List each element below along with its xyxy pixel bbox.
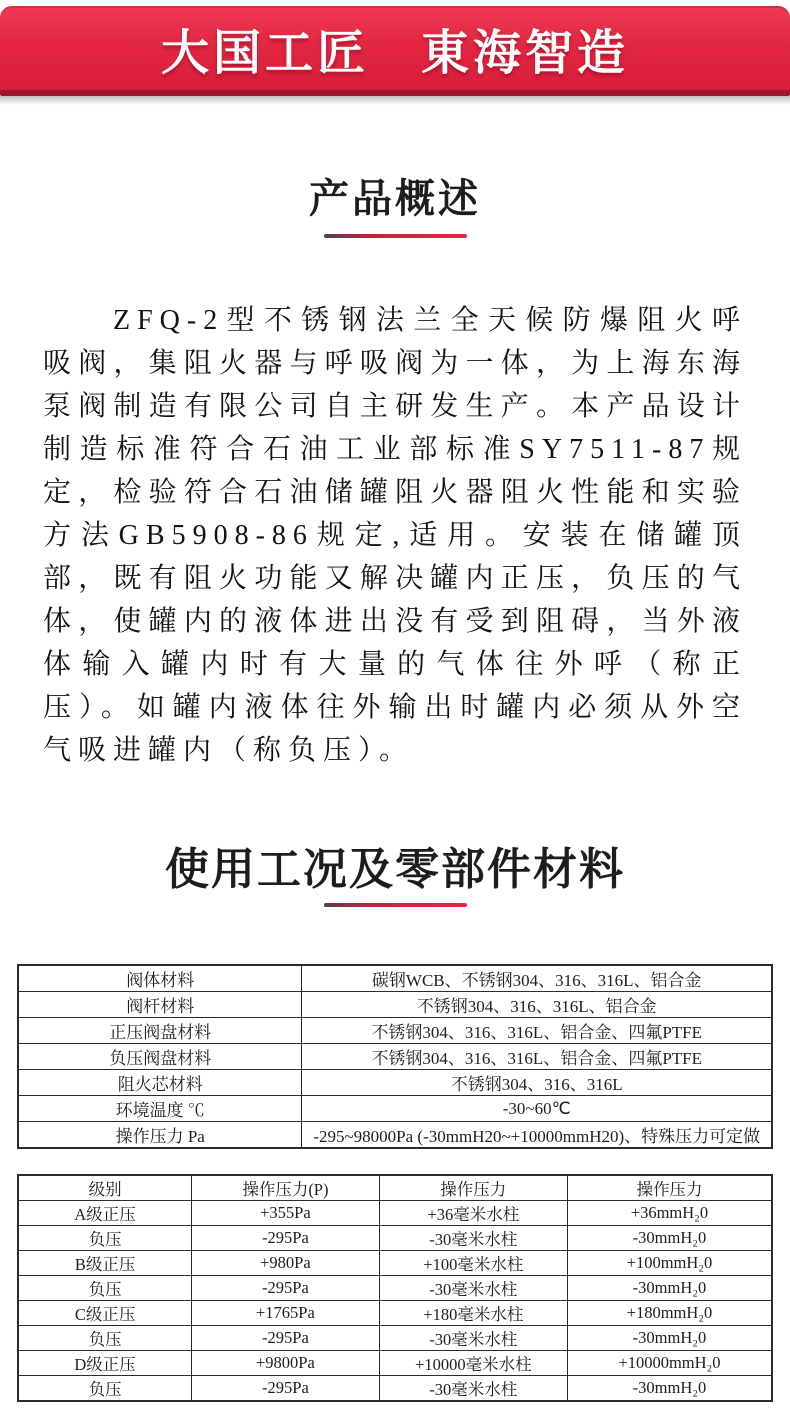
- materials-table: 阀体材料 碳钢WCB、不锈钢304、316、316L、铝合金 阀杆材料 不锈钢3…: [17, 964, 773, 1149]
- pressure-grade-cell: D级正压: [18, 1351, 192, 1376]
- pressure-grade-cell: 负压: [18, 1376, 192, 1402]
- overview-heading: 产品概述: [0, 178, 790, 220]
- pressure-mmh2o-cell: +180mmH₂0: [567, 1301, 772, 1326]
- materials-table-row: 环境温度 ℃ -30~60℃: [18, 1096, 772, 1122]
- materials-table-row: 阀体材料 碳钢WCB、不锈钢304、316、316L、铝合金: [18, 965, 772, 992]
- material-value: 不锈钢304、316、316L、铝合金、四氟PTFE: [302, 1018, 772, 1044]
- material-label: 正压阀盘材料: [18, 1018, 302, 1044]
- pressure-mm-cell: -30毫米水柱: [379, 1226, 567, 1251]
- pressure-mm-cell: +100毫米水柱: [379, 1251, 567, 1276]
- col-header-pressure-mm: 操作压力: [379, 1175, 567, 1201]
- pressure-mmh2o-cell: +10000mmH₂0: [567, 1351, 772, 1376]
- banner-shadow: [0, 96, 790, 105]
- pressure-grade-cell: 负压: [18, 1326, 192, 1351]
- pressure-grade-cell: A级正压: [18, 1201, 192, 1226]
- materials-table-row: 阻火芯材料 不锈钢304、316、316L: [18, 1070, 772, 1096]
- pressure-mm-cell: +10000毫米水柱: [379, 1351, 567, 1376]
- pressure-mmh2o-cell: -30mmH₂0: [567, 1376, 772, 1402]
- pressure-table-row: 负压 -295Pa -30毫米水柱 -30mmH₂0: [18, 1376, 772, 1402]
- pressure-grade-cell: 负压: [18, 1226, 192, 1251]
- materials-table-row: 操作压力 Pa -295~98000Pa (-30mmH20~+10000mmH…: [18, 1122, 772, 1149]
- material-value: -295~98000Pa (-30mmH20~+10000mmH20)、特殊压力…: [302, 1122, 772, 1149]
- material-value: 碳钢WCB、不锈钢304、316、316L、铝合金: [302, 965, 772, 992]
- material-label: 阀杆材料: [18, 992, 302, 1018]
- overview-red-divider: [324, 234, 467, 238]
- pressure-mm-cell: -30毫米水柱: [379, 1276, 567, 1301]
- pressure-mm-cell: -30毫米水柱: [379, 1326, 567, 1351]
- pressure-pa-cell: -295Pa: [192, 1326, 380, 1351]
- pressure-grade-cell: B级正压: [18, 1251, 192, 1276]
- pressure-pa-cell: -295Pa: [192, 1226, 380, 1251]
- pressure-pa-cell: -295Pa: [192, 1376, 380, 1402]
- material-label: 负压阀盘材料: [18, 1044, 302, 1070]
- pressure-table-row: C级正压 +1765Pa +180毫米水柱 +180mmH₂0: [18, 1301, 772, 1326]
- product-detail-page: 大国工匠 東海智造 产品概述 ZFQ-2型不锈钢法兰全天候防爆阻火呼吸阀，集阻火…: [0, 6, 790, 1402]
- pressure-grade-cell: 负压: [18, 1276, 192, 1301]
- pressure-table-row: 负压 -295Pa -30毫米水柱 -30mmH₂0: [18, 1226, 772, 1251]
- material-label: 阻火芯材料: [18, 1070, 302, 1096]
- pressure-mm-cell: +36毫米水柱: [379, 1201, 567, 1226]
- pressure-mmh2o-cell: +36mmH₂0: [567, 1201, 772, 1226]
- pressure-mmh2o-cell: +100mmH₂0: [567, 1251, 772, 1276]
- materials-table-body: 阀体材料 碳钢WCB、不锈钢304、316、316L、铝合金 阀杆材料 不锈钢3…: [18, 965, 772, 1148]
- pressure-pa-cell: -295Pa: [192, 1276, 380, 1301]
- materials-table-row: 正压阀盘材料 不锈钢304、316、316L、铝合金、四氟PTFE: [18, 1018, 772, 1044]
- pressure-pa-cell: +355Pa: [192, 1201, 380, 1226]
- material-label: 操作压力 Pa: [18, 1122, 302, 1149]
- pressure-mmh2o-cell: -30mmH₂0: [567, 1226, 772, 1251]
- materials-table-row: 负压阀盘材料 不锈钢304、316、316L、铝合金、四氟PTFE: [18, 1044, 772, 1070]
- brand-banner: 大国工匠 東海智造: [0, 6, 790, 96]
- material-value: 不锈钢304、316、316L、铝合金: [302, 992, 772, 1018]
- pressure-header-row: 级别 操作压力(P) 操作压力 操作压力: [18, 1175, 772, 1201]
- material-label: 环境温度 ℃: [18, 1096, 302, 1122]
- pressure-table-row: D级正压 +9800Pa +10000毫米水柱 +10000mmH₂0: [18, 1351, 772, 1376]
- pressure-grade-table: 级别 操作压力(P) 操作压力 操作压力 A级正压 +355Pa +36毫米水柱…: [17, 1174, 773, 1402]
- pressure-table-head: 级别 操作压力(P) 操作压力 操作压力: [18, 1175, 772, 1201]
- pressure-table-row: 负压 -295Pa -30毫米水柱 -30mmH₂0: [18, 1276, 772, 1301]
- pressure-mmh2o-cell: -30mmH₂0: [567, 1326, 772, 1351]
- pressure-table-row: 负压 -295Pa -30毫米水柱 -30mmH₂0: [18, 1326, 772, 1351]
- banner-title: 大国工匠 東海智造: [161, 14, 629, 83]
- material-value: 不锈钢304、316、316L: [302, 1070, 772, 1096]
- material-label: 阀体材料: [18, 965, 302, 992]
- col-header-pressure-mmh2o: 操作压力: [567, 1175, 772, 1201]
- pressure-pa-cell: +980Pa: [192, 1251, 380, 1276]
- pressure-mm-cell: -30毫米水柱: [379, 1376, 567, 1402]
- overview-paragraph: ZFQ-2型不锈钢法兰全天候防爆阻火呼吸阀，集阻火器与呼吸阀为一体，为上海东海泵…: [43, 299, 747, 772]
- materials-section: 使用工况及零部件材料 阀体材料 碳钢WCB、不锈钢304、316、316L、铝合…: [0, 845, 790, 1402]
- pressure-mm-cell: +180毫米水柱: [379, 1301, 567, 1326]
- pressure-grade-cell: C级正压: [18, 1301, 192, 1326]
- material-value: -30~60℃: [302, 1096, 772, 1122]
- material-value: 不锈钢304、316、316L、铝合金、四氟PTFE: [302, 1044, 772, 1070]
- pressure-pa-cell: +1765Pa: [192, 1301, 380, 1326]
- pressure-mmh2o-cell: -30mmH₂0: [567, 1276, 772, 1301]
- pressure-table-row: B级正压 +980Pa +100毫米水柱 +100mmH₂0: [18, 1251, 772, 1276]
- pressure-table-body: A级正压 +355Pa +36毫米水柱 +36mmH₂0 负压 -295Pa -…: [18, 1201, 772, 1402]
- col-header-grade: 级别: [18, 1175, 192, 1201]
- col-header-pressure-pa: 操作压力(P): [192, 1175, 380, 1201]
- pressure-table-row: A级正压 +355Pa +36毫米水柱 +36mmH₂0: [18, 1201, 772, 1226]
- materials-table-row: 阀杆材料 不锈钢304、316、316L、铝合金: [18, 992, 772, 1018]
- overview-section: 产品概述 ZFQ-2型不锈钢法兰全天候防爆阻火呼吸阀，集阻火器与呼吸阀为一体，为…: [0, 178, 790, 772]
- materials-red-divider: [324, 903, 467, 907]
- pressure-pa-cell: +9800Pa: [192, 1351, 380, 1376]
- materials-heading: 使用工况及零部件材料: [0, 845, 790, 895]
